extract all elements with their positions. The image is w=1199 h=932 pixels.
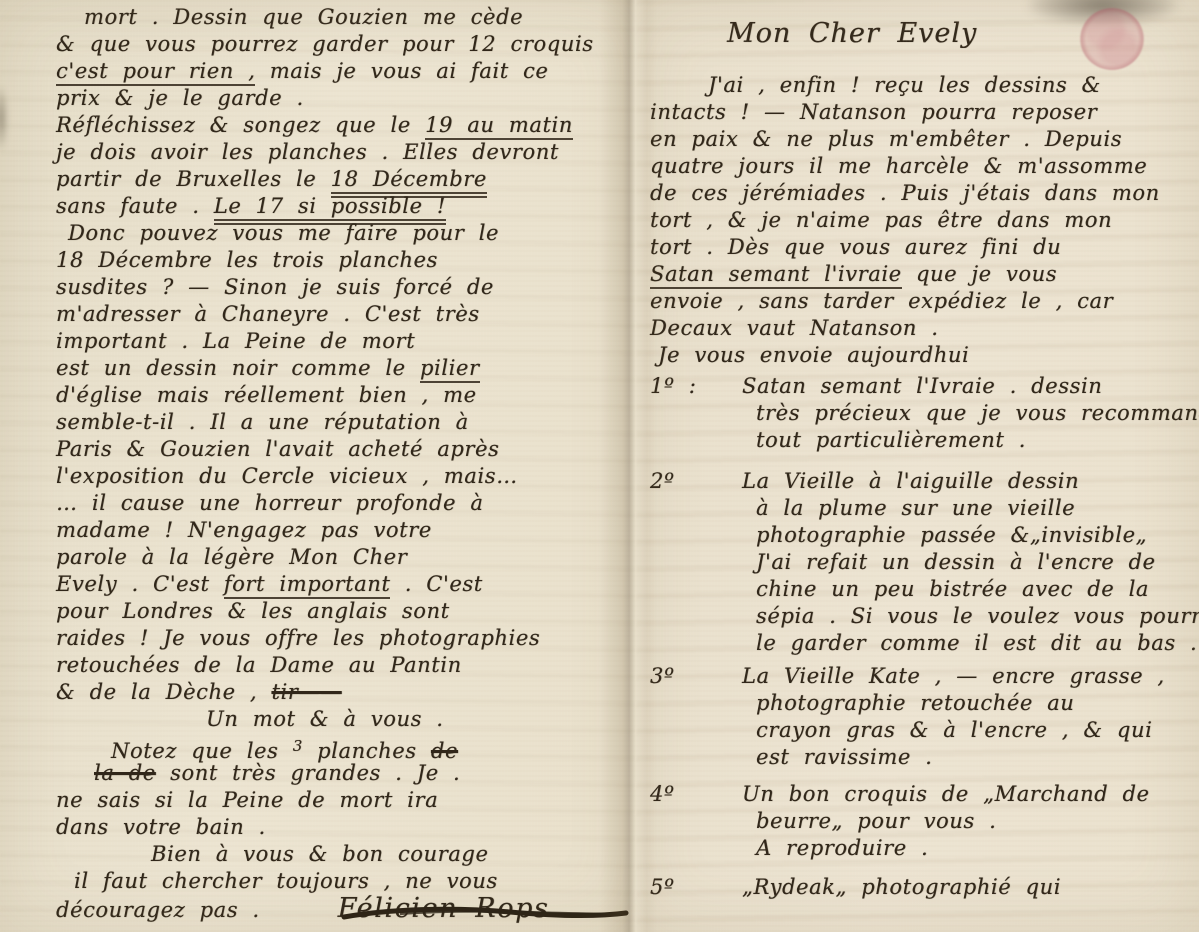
handwritten-line: quatre jours il me harcèle & m'assomme — [650, 153, 1199, 180]
item-number: 4º — [650, 781, 742, 808]
text-segment: photographie passée &„invisible„ — [756, 523, 1147, 547]
text-segment: sans faute . — [56, 194, 214, 218]
handwritten-line: 3ºLa Vieille Kate , — encre grasse , — [650, 663, 1199, 690]
text-segment: . C'est — [390, 572, 482, 596]
text-segment: à la plume sur une vieille — [756, 496, 1075, 520]
text-segment: intacts ! — Natanson pourra reposer — [650, 100, 1097, 124]
handwritten-line: 1º :Satan semant l'Ivraie . dessin — [650, 373, 1199, 400]
text-segment: pour Londres & les anglais sont — [56, 599, 450, 623]
text-segment: susdites ? — Sinon je suis forcé de — [56, 275, 494, 299]
handwritten-line: Evely . C'est fort important . C'est — [56, 571, 636, 598]
text-segment: J'ai refait un dessin à l'encre de — [756, 550, 1156, 574]
handwritten-line: Decaux vaut Natanson . — [650, 315, 1199, 342]
text-segment: que je vous — [902, 262, 1057, 286]
handwritten-line: je dois avoir les planches . Elles devro… — [56, 139, 636, 166]
text-segment: & que vous pourrez garder pour 12 croqui… — [56, 32, 594, 56]
text-segment: Evely . C'est — [56, 572, 224, 596]
text-segment: important . La Peine de mort — [56, 329, 415, 353]
handwritten-line: très précieux que je vous recommande — [756, 400, 1199, 427]
handwritten-line: de ces jérémiades . Puis j'étais dans mo… — [650, 180, 1199, 207]
text-segment: envoie , sans tarder expédiez le , car — [650, 289, 1113, 313]
text-segment: tout particulièrement . — [756, 428, 1026, 452]
handwritten-line: Satan semant l'ivraie que je vous — [650, 261, 1199, 288]
handwritten-line: m'adresser à Chaneyre . C'est très — [56, 301, 636, 328]
text-segment: … il cause une horreur profonde à — [56, 491, 483, 515]
handwritten-line: la de sont très grandes . Je . — [94, 760, 636, 787]
text-segment: ne sais si la Peine de mort ira — [56, 788, 438, 812]
text-segment: Satan semant l'Ivraie . dessin — [742, 374, 1102, 398]
text-segment: mort . Dessin que Gouzien me cède — [84, 5, 523, 29]
text-segment: Paris & Gouzien l'avait acheté après — [56, 437, 499, 461]
text-segment: d'église mais réellement bien , me — [56, 383, 477, 407]
handwritten-line: retouchées de la Dame au Pantin — [56, 652, 636, 679]
handwritten-line: sépia . Si vous le voulez vous pourrez — [756, 603, 1199, 630]
text-segment: Un mot & à vous . — [206, 707, 444, 731]
handwritten-line: partir de Bruxelles le 18 Décembre — [56, 166, 636, 193]
handwritten-line: … il cause une horreur profonde à — [56, 490, 636, 517]
handwritten-line: tout particulièrement . — [756, 427, 1199, 454]
text-segment: tort , & je n'aime pas être dans mon — [650, 208, 1112, 232]
handwritten-line: chine un peu bistrée avec de la — [756, 576, 1199, 603]
text-segment: dans votre bain . — [56, 815, 266, 839]
text-segment: pilier — [420, 356, 480, 383]
handwritten-line: tort . Dès que vous aurez fini du — [650, 234, 1199, 261]
handwritten-line: & de la Dèche , tir—— — [56, 679, 636, 706]
handwritten-line: beurre„ pour vous . — [756, 808, 1199, 835]
handwritten-line: il faut chercher toujours , ne vous — [74, 868, 636, 895]
text-segment: fort important — [224, 572, 391, 599]
text-segment: est un dessin noir comme le — [56, 356, 420, 380]
handwritten-line: Réfléchissez & songez que le 19 au matin — [56, 112, 636, 139]
text-segment: en paix & ne plus m'embêter . Depuis — [650, 127, 1122, 151]
handwritten-line: à la plume sur une vieille — [756, 495, 1199, 522]
handwritten-line: photographie passée &„invisible„ — [756, 522, 1199, 549]
text-segment: très précieux que je vous recommande — [756, 401, 1199, 425]
text-segment: l'exposition du Cercle vicieux , mais… — [56, 464, 518, 488]
text-segment: La Vieille à l'aiguille dessin — [742, 469, 1079, 493]
text-segment: Réfléchissez & songez que le — [56, 113, 425, 137]
text-segment: m'adresser à Chaneyre . C'est très — [56, 302, 480, 326]
text-segment: 3 — [293, 737, 303, 755]
text-segment: tir—— — [271, 680, 341, 704]
text-segment: beurre„ pour vous . — [756, 809, 996, 833]
handwritten-text-block: mort . Dessin que Gouzien me cède& que v… — [0, 0, 636, 922]
handwritten-line: dans votre bain . — [56, 814, 636, 841]
handwritten-line: photographie retouchée au — [756, 690, 1199, 717]
text-segment: Decaux vaut Natanson . — [650, 316, 939, 340]
letter-page-right: Mon Cher Evely J'ai , enfin ! reçu les d… — [636, 0, 1199, 932]
handwritten-line: le garder comme il est dit au bas . — [756, 630, 1199, 657]
text-segment: semble-t-il . Il a une réputation à — [56, 410, 469, 434]
handwritten-line: 5º„Rydeak„ photographié qui — [650, 874, 1199, 901]
text-segment: J'ai , enfin ! reçu les dessins & — [708, 73, 1101, 97]
text-segment: Satan semant l'ivraie — [650, 262, 902, 289]
handwritten-line: Bien à vous & bon courage — [151, 841, 636, 868]
handwritten-line: crayon gras & à l'encre , & qui — [756, 717, 1199, 744]
text-segment: 19 au matin — [425, 113, 573, 140]
handwritten-line: A reproduire . — [756, 835, 1199, 862]
handwritten-line: c'est pour rien , mais je vous ai fait c… — [56, 58, 636, 85]
handwritten-line: sans faute . Le 17 si possible ! — [56, 193, 636, 220]
handwritten-line: pour Londres & les anglais sont — [56, 598, 636, 625]
item-number: 2º — [650, 468, 742, 495]
letter-scan: { "ink_color": "#31271a", "paper_color":… — [0, 0, 1199, 932]
handwritten-line: Donc pouvez vous me faire pour le — [68, 220, 636, 247]
handwritten-line: l'exposition du Cercle vicieux , mais… — [56, 463, 636, 490]
text-segment: 18 Décembre les trois planches — [56, 248, 438, 272]
handwritten-line: madame ! N'engagez pas votre — [56, 517, 636, 544]
text-segment: & de la Dèche , — [56, 680, 271, 704]
text-segment: il faut chercher toujours , ne vous — [74, 869, 498, 893]
handwritten-line: en paix & ne plus m'embêter . Depuis — [650, 126, 1199, 153]
signature-flourish — [340, 905, 630, 927]
handwritten-line: 4ºUn bon croquis de „Marchand de — [650, 781, 1199, 808]
handwritten-line: J'ai refait un dessin à l'encre de — [756, 549, 1199, 576]
text-segment: découragez pas . — [56, 898, 260, 922]
handwritten-line: important . La Peine de mort — [56, 328, 636, 355]
text-segment: retouchées de la Dame au Pantin — [56, 653, 462, 677]
text-segment: la de — [94, 761, 156, 785]
letter-scan-area: mort . Dessin que Gouzien me cède& que v… — [0, 0, 1199, 932]
text-segment: madame ! N'engagez pas votre — [56, 518, 432, 542]
handwritten-line: & que vous pourrez garder pour 12 croqui… — [56, 31, 636, 58]
item-number: 1º : — [650, 373, 742, 400]
text-segment: Donc pouvez vous me faire pour le — [68, 221, 499, 245]
text-segment: le garder comme il est dit au bas . — [756, 631, 1197, 655]
handwritten-line: d'église mais réellement bien , me — [56, 382, 636, 409]
text-segment: photographie retouchée au — [756, 691, 1074, 715]
text-segment: sont très grandes . Je . — [156, 761, 461, 785]
text-segment: de ces jérémiades . Puis j'étais dans mo… — [650, 181, 1160, 205]
text-segment: Je vous envoie aujourdhui — [658, 343, 969, 367]
letter-page-left: mort . Dessin que Gouzien me cède& que v… — [0, 0, 636, 932]
handwritten-line: prix & je le garde . — [56, 85, 636, 112]
text-segment: chine un peu bistrée avec de la — [756, 577, 1149, 601]
handwritten-line: Notez que les 3 planches de — [111, 733, 636, 760]
text-segment: Un bon croquis de „Marchand de — [742, 782, 1150, 806]
text-segment: prix & je le garde . — [56, 86, 304, 110]
text-segment: crayon gras & à l'encre , & qui — [756, 718, 1152, 742]
text-segment: est ravissime . — [756, 745, 932, 769]
handwritten-line: 18 Décembre les trois planches — [56, 247, 636, 274]
handwritten-line: parole à la légère Mon Cher — [56, 544, 636, 571]
text-segment: tort . Dès que vous aurez fini du — [650, 235, 1061, 259]
text-segment: c'est pour rien , — [56, 59, 255, 86]
text-segment: sépia . Si vous le voulez vous pourrez — [756, 604, 1199, 628]
text-segment: partir de Bruxelles le — [56, 167, 331, 191]
handwritten-line: Je vous envoie aujourdhui — [658, 342, 1199, 369]
handwritten-line: semble-t-il . Il a une réputation à — [56, 409, 636, 436]
item-number: 5º — [650, 874, 742, 901]
text-segment: La Vieille Kate , — encre grasse , — [742, 664, 1165, 688]
text-segment: je dois avoir les planches . Elles devro… — [56, 140, 559, 164]
handwritten-line: envoie , sans tarder expédiez le , car — [650, 288, 1199, 315]
handwritten-line: intacts ! — Natanson pourra reposer — [650, 99, 1199, 126]
handwritten-line: susdites ? — Sinon je suis forcé de — [56, 274, 636, 301]
handwritten-line: ne sais si la Peine de mort ira — [56, 787, 636, 814]
salutation: Mon Cher Evely — [727, 16, 1199, 52]
handwritten-line: Un mot & à vous . — [206, 706, 636, 733]
handwritten-text-block: J'ai , enfin ! reçu les dessins &intacts… — [636, 72, 1199, 901]
handwritten-line: Paris & Gouzien l'avait acheté après — [56, 436, 636, 463]
text-segment: A reproduire . — [756, 836, 928, 860]
text-segment: Bien à vous & bon courage — [151, 842, 488, 866]
handwritten-line: mort . Dessin que Gouzien me cède — [84, 4, 636, 31]
handwritten-line: raides ! Je vous offre les photographies — [56, 625, 636, 652]
handwritten-line: 2ºLa Vieille à l'aiguille dessin — [650, 468, 1199, 495]
text-segment: „Rydeak„ photographié qui — [742, 875, 1061, 899]
text-segment: raides ! Je vous offre les photographies — [56, 626, 540, 650]
handwritten-line: tort , & je n'aime pas être dans mon — [650, 207, 1199, 234]
text-segment: mais je vous ai fait ce — [255, 59, 548, 83]
handwritten-line: J'ai , enfin ! reçu les dessins & — [708, 72, 1199, 99]
text-segment: quatre jours il me harcèle & m'assomme — [650, 154, 1147, 178]
handwritten-line: est ravissime . — [756, 744, 1199, 771]
text-segment: parole à la légère Mon Cher — [56, 545, 407, 569]
handwritten-line: est un dessin noir comme le pilier — [56, 355, 636, 382]
item-number: 3º — [650, 663, 742, 690]
